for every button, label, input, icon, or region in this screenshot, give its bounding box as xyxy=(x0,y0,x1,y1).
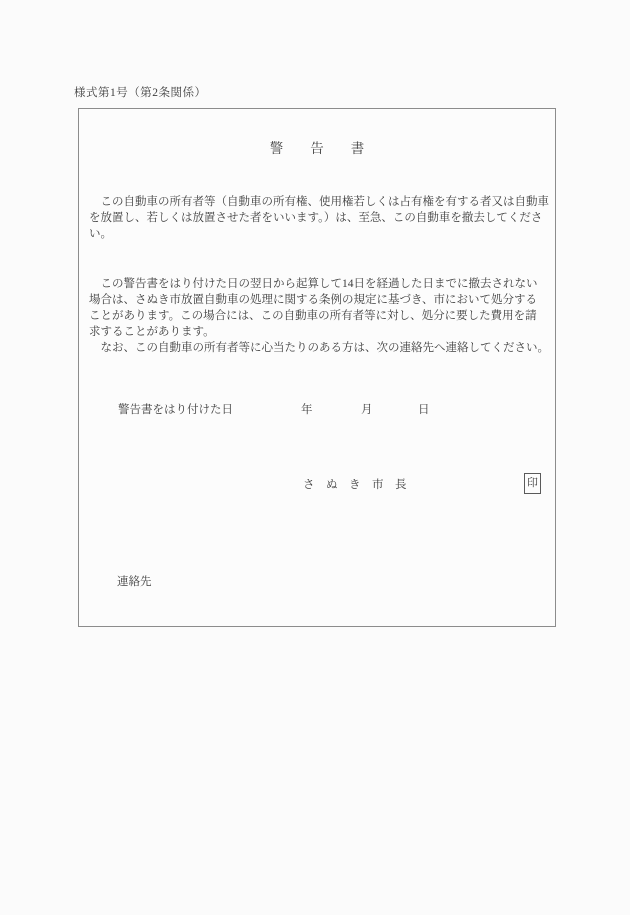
contact-label: 連絡先 xyxy=(117,573,152,589)
signer-mayor-name: さ ぬ き 市 長 xyxy=(303,476,407,492)
posted-date-row: 警告書をはり付けた日 年 月 日 xyxy=(79,401,555,417)
day-unit-label: 日 xyxy=(418,401,430,417)
notice-paragraph-disposal-warning: この警告書をはり付けた日の翌日から起算して14日を経過した日までに撤去されない … xyxy=(89,276,551,356)
notice-paragraph-removal-request: この自動車の所有者等（自動車の所有権、使用権若しくは占有権を有する者又は自動車 … xyxy=(89,194,551,242)
seal-placeholder-mark: 印 xyxy=(524,473,541,494)
form-number-label: 様式第1号（第2条関係） xyxy=(74,84,207,100)
warning-notice-box: 警 告 書 この自動車の所有者等（自動車の所有権、使用権若しくは占有権を有する者… xyxy=(78,108,556,627)
document-title: 警 告 書 xyxy=(79,137,555,157)
document-sheet: 様式第1号（第2条関係） 警 告 書 この自動車の所有者等（自動車の所有権、使用… xyxy=(0,0,630,915)
month-unit-label: 月 xyxy=(361,401,373,417)
year-unit-label: 年 xyxy=(301,401,313,417)
page: { "document": { "form_label": "様式第1号（第2条… xyxy=(0,0,630,915)
posted-date-label: 警告書をはり付けた日 xyxy=(118,401,233,417)
